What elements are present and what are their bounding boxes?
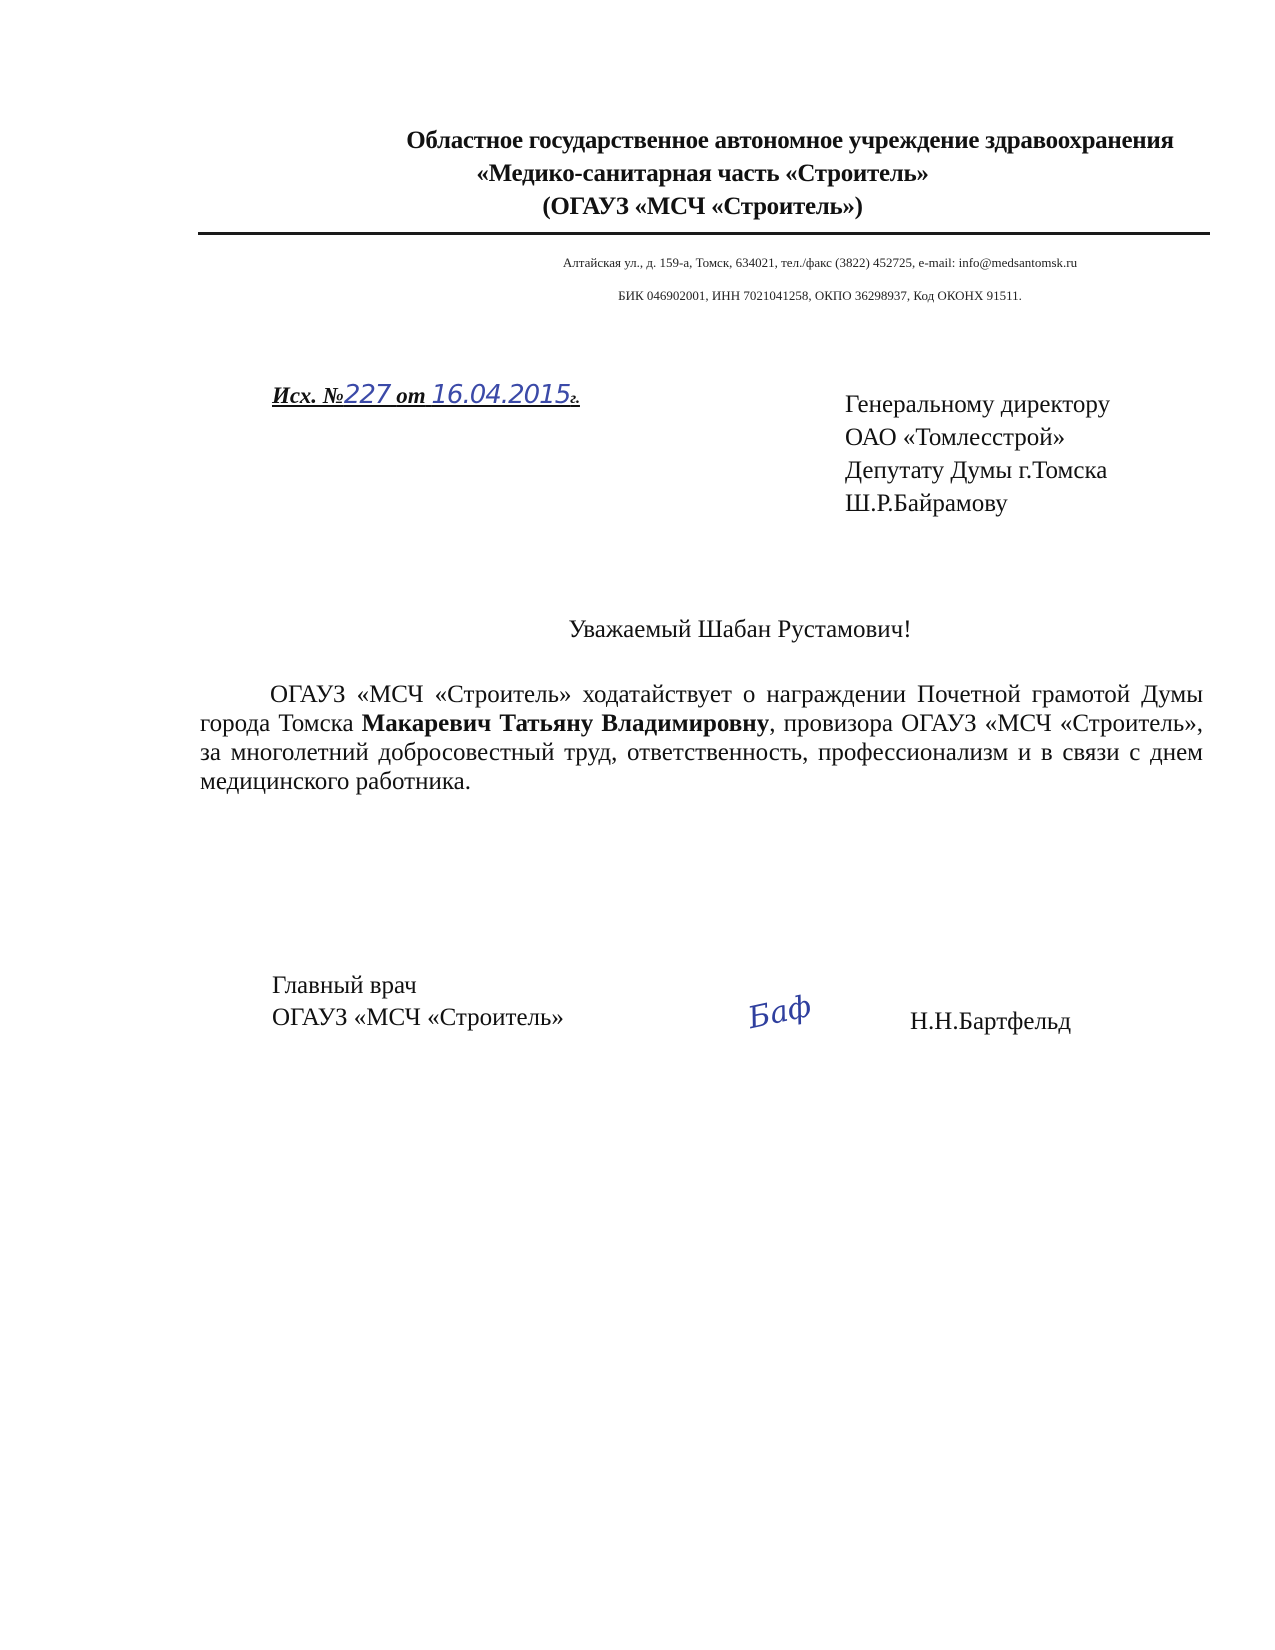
outgoing-reference: Исх. №227 от 16.04.2015г. — [272, 380, 580, 410]
addressee-line-4: Ш.Р.Байрамову — [845, 487, 1110, 520]
signatory-name: Н.Н.Бартфельд — [910, 1008, 1071, 1036]
addressee-block: Генеральному директору ОАО «Томлесстрой»… — [845, 388, 1110, 520]
org-title-line-2: «Медико-санитарная часть «Строитель» — [25, 157, 1275, 190]
signatory-title: Главный врач ОГАУЗ «МСЧ «Строитель» — [272, 970, 564, 1034]
header-divider — [198, 232, 1210, 235]
contact-requisites: БИК 046902001, ИНН 7021041258, ОКПО 3629… — [300, 288, 1275, 304]
salutation: Уважаемый Шабан Рустамович! — [200, 616, 1275, 644]
organization-title: Областное государственное автономное учр… — [200, 124, 1275, 223]
addressee-line-2: ОАО «Томлесстрой» — [845, 421, 1110, 454]
org-title-line-1: Областное государственное автономное учр… — [200, 124, 1275, 157]
signatory-organization: ОГАУЗ «МСЧ «Строитель» — [272, 1002, 564, 1034]
handwritten-signature: Баф — [745, 989, 814, 1036]
signatory-position: Главный врач — [272, 970, 564, 1002]
org-title-line-3: (ОГАУЗ «МСЧ «Строитель») — [25, 190, 1275, 223]
outgoing-from-label: от — [396, 383, 425, 408]
addressee-line-3: Депутату Думы г.Томска — [845, 454, 1110, 487]
outgoing-date: 16.04.2015 — [431, 380, 570, 410]
outgoing-suffix: г. — [570, 390, 580, 407]
letter-body: ОГАУЗ «МСЧ «Строитель» ходатайствует о н… — [200, 680, 1203, 796]
addressee-line-1: Генеральному директору — [845, 388, 1110, 421]
outgoing-number: 227 — [344, 380, 391, 410]
outgoing-prefix: Исх. № — [272, 383, 344, 408]
contact-address: Алтайская ул., д. 159-а, Томск, 634021, … — [300, 255, 1275, 271]
nominee-name: Макаревич Татьяну Владимировну — [362, 710, 770, 737]
